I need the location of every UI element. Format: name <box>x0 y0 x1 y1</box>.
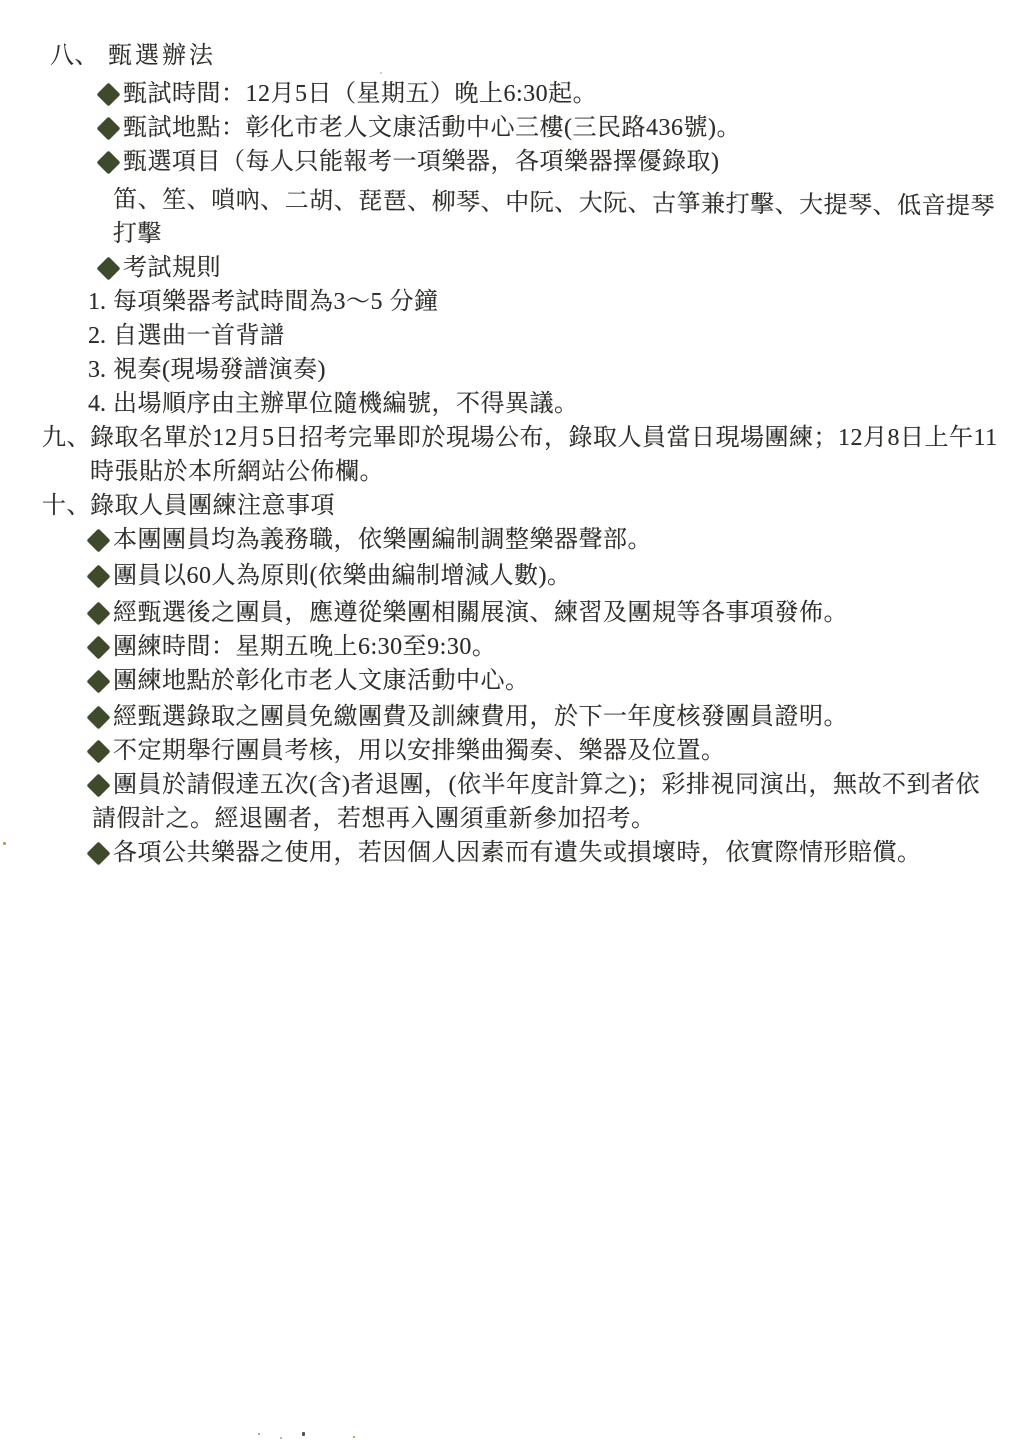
diamond-bullet-icon <box>86 635 110 659</box>
exam-rule-item: 1.每項樂器考試時間為3～5 分鐘 <box>88 285 1024 319</box>
bullet-audition-time: 甄試時間：12月5日（星期五）晚上6:30起。 <box>101 77 1011 111</box>
bullet-leave-policy: 團員於請假達五次(含)者退團，(依半年度計算之)；彩排視同演出，無故不到者依請假… <box>92 768 1002 836</box>
diamond-bullet-icon <box>96 116 120 140</box>
bullet-text: 甄選項目（每人只能報考一項樂器，各項樂器擇優錄取) <box>123 149 720 175</box>
bullet-text: 團練時間：星期五晚上6:30至9:30。 <box>113 634 496 660</box>
scan-speck <box>3 842 6 845</box>
bullet-audition-items: 甄選項目（每人只能報考一項樂器，各項樂器擇優錄取) <box>101 145 1011 179</box>
rule-number: 2. <box>88 319 106 353</box>
diamond-bullet-icon <box>86 705 110 729</box>
exam-rule-item: 4.出場順序由主辦單位隨機編號，不得異議。 <box>88 387 1024 421</box>
bullet-instrument-damage: 各項公共樂器之使用，若因個人因素而有遺失或損壞時，依實際情形賠償。 <box>92 836 1002 870</box>
diamond-bullet-icon <box>86 773 110 797</box>
rule-text: 每項樂器考試時間為3～5 分鐘 <box>113 289 439 315</box>
scan-speck <box>302 1432 305 1436</box>
section-10-rehearsal-notes: 十、 錄取人員團練注意事項 本團團員均為義務職，依樂團編制調整樂器聲部。 團員以… <box>48 489 1024 870</box>
bullet-text: 甄試時間：12月5日（星期五）晚上6:30起。 <box>123 81 597 107</box>
diamond-bullet-icon <box>86 841 110 865</box>
section-10-heading: 十、 錄取人員團練注意事項 <box>90 489 1024 523</box>
bullet-text: 本團團員均為義務職，依樂團編制調整樂器聲部。 <box>113 527 652 553</box>
bullet-assessment: 不定期舉行團員考核，用以安排樂曲獨奏、樂器及位置。 <box>92 734 1002 768</box>
diamond-bullet-icon <box>96 150 120 174</box>
scan-speck <box>353 1436 355 1438</box>
section-8-selection-method: 八、 甄選辦法 甄試時間：12月5日（星期五）晚上6:30起。 甄試地點：彰化市… <box>48 39 1024 421</box>
rule-text: 視奏(現場發譜演奏) <box>113 357 326 383</box>
exam-rule-item: 2.自選曲一首背譜 <box>88 319 1024 353</box>
scan-speck <box>258 1433 260 1435</box>
bullet-rehearsal-time: 團練時間：星期五晚上6:30至9:30。 <box>92 630 1002 664</box>
bullet-text: 經甄選錄取之團員免繳團費及訓練費用，於下一年度核發團員證明。 <box>113 704 848 730</box>
diamond-bullet-icon <box>86 601 110 625</box>
diamond-bullet-icon <box>96 256 120 280</box>
bullet-fee-exemption: 經甄選錄取之團員免繳團費及訓練費用，於下一年度核發團員證明。 <box>92 700 1002 734</box>
bullet-audition-place: 甄試地點：彰化市老人文康活動中心三樓(三民路436號)。 <box>101 111 1011 145</box>
bullet-text: 團員於請假達五次(含)者退團，(依半年度計算之)；彩排視同演出，無故不到者依請假… <box>92 772 980 832</box>
diamond-bullet-icon <box>96 82 120 106</box>
section-10-title: 錄取人員團練注意事項 <box>90 493 335 519</box>
diamond-bullet-icon <box>86 528 110 552</box>
instrument-list: 笛、笙、嗩吶、二胡、琵琶、柳琴、中阮、大阮、古箏兼打擊、大提琴、低音提琴打擊 <box>113 183 1004 258</box>
bullet-text: 團員以60人為原則(依樂曲編制增減人數)。 <box>113 563 571 589</box>
section-8-number: 八、 <box>50 39 99 73</box>
bullet-rehearsal-place: 團練地點於彰化市老人文康活動中心。 <box>92 664 1002 698</box>
section-8-title: 甄選辦法 <box>108 43 216 69</box>
bullet-text: 考試規則 <box>123 255 221 281</box>
diamond-bullet-icon <box>86 739 110 763</box>
rule-number: 3. <box>88 353 106 387</box>
rule-number: 4. <box>88 387 106 421</box>
bullet-follow-rules: 經甄選後之團員，應遵從樂團相關展演、練習及團規等各事項發佈。 <box>92 596 1002 630</box>
bullet-member-count: 團員以60人為原則(依樂曲編制增減人數)。 <box>92 559 1002 593</box>
section-9-text: 錄取名單於12月5日招考完畢即於現場公布，錄取人員當日現場團練；12月8日上午1… <box>90 425 998 485</box>
scan-speck <box>280 1437 282 1439</box>
section-9-number: 九、 <box>42 421 91 455</box>
bullet-text: 甄試地點：彰化市老人文康活動中心三樓(三民路436號)。 <box>123 115 741 141</box>
section-8-heading: 八、 甄選辦法 <box>108 39 1024 73</box>
section-10-number: 十、 <box>42 489 91 523</box>
rule-text: 自選曲一首背譜 <box>113 323 285 349</box>
bullet-volunteer-duty: 本團團員均為義務職，依樂團編制調整樂器聲部。 <box>92 523 1002 557</box>
diamond-bullet-icon <box>86 669 110 693</box>
diamond-bullet-icon <box>86 564 110 588</box>
exam-rule-item: 3.視奏(現場發譜演奏) <box>88 353 1024 387</box>
scan-speck <box>380 72 382 74</box>
rule-text: 出場順序由主辦單位隨機編號，不得異議。 <box>113 391 579 417</box>
section-9-admission-list: 九、錄取名單於12月5日招考完畢即於現場公布，錄取人員當日現場團練；12月8日上… <box>90 421 1018 489</box>
exam-rules-list: 1.每項樂器考試時間為3～5 分鐘 2.自選曲一首背譜 3.視奏(現場發譜演奏)… <box>48 285 1024 421</box>
bullet-exam-rules: 考試規則 <box>101 251 1011 285</box>
rule-number: 1. <box>88 285 106 319</box>
bullet-text: 各項公共樂器之使用，若因個人因素而有遺失或損壞時，依實際情形賠償。 <box>113 840 922 866</box>
bullet-text: 不定期舉行團員考核，用以安排樂曲獨奏、樂器及位置。 <box>113 738 726 764</box>
scanned-document-page: 八、 甄選辦法 甄試時間：12月5日（星期五）晚上6:30起。 甄試地點：彰化市… <box>0 0 1024 1448</box>
bullet-text: 團練地點於彰化市老人文康活動中心。 <box>113 668 530 694</box>
bullet-text: 經甄選後之團員，應遵從樂團相關展演、練習及團規等各事項發佈。 <box>113 600 848 626</box>
